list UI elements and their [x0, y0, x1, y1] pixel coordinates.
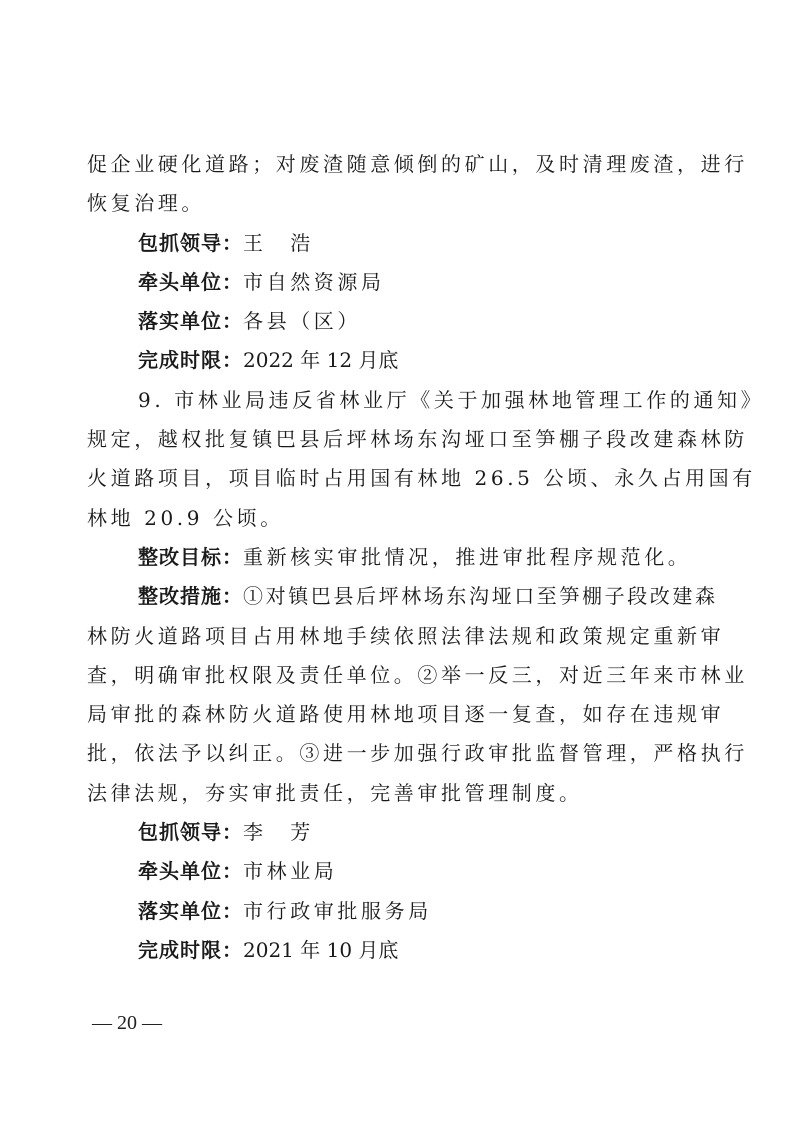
field-label: 完成时限： [138, 348, 243, 372]
field-lead-unit: 牵头单位：市林业局 [87, 852, 707, 891]
paragraph-line: 促企业硬化道路；对废渣随意倾倒的矿山，及时清理废渣，进行 [87, 145, 707, 184]
paragraph-line: 法律法规，夯实审批责任，完善审批管理制度。 [87, 774, 707, 813]
field-value: 2021 年 10 月底 [243, 938, 398, 962]
field-label: 包抓领导： [138, 820, 243, 844]
field-value: 李 芳 [243, 820, 314, 844]
field-label: 整改措施： [138, 584, 243, 608]
field-label: 包抓领导： [138, 231, 243, 255]
field-label: 牵头单位： [138, 859, 243, 883]
field-value: 市林业局 [243, 859, 337, 883]
field-lead-unit: 牵头单位：市自然资源局 [87, 263, 707, 302]
field-value: 王 浩 [243, 231, 314, 255]
paragraph-line: 林地 20.9 公顷。 [87, 499, 707, 538]
field-label: 整改目标： [138, 545, 243, 569]
field-deadline: 完成时限：2021 年 10 月底 [87, 931, 707, 970]
field-label: 牵头单位： [138, 270, 243, 294]
page-number: — 20 — [92, 1012, 162, 1035]
item-9-heading-line: 9. 市林业局违反省林业厅《关于加强林地管理工作的通知》 [87, 381, 707, 420]
field-label: 落实单位： [138, 899, 243, 923]
field-lead-leader: 包抓领导：李 芳 [87, 813, 707, 852]
field-value: 2022 年 12 月底 [243, 348, 398, 372]
field-value: 重新核实审批情况，推进审批程序规范化。 [243, 545, 691, 569]
field-implementing-unit: 落实单位：各县（区） [87, 302, 707, 341]
paragraph-line: 局审批的森林防火道路使用林地项目逐一复查，如存在违规审 [87, 695, 707, 734]
rectification-target: 整改目标：重新核实审批情况，推进审批程序规范化。 [87, 538, 707, 577]
paragraph-line: 恢复治理。 [87, 184, 707, 223]
document-page: 促企业硬化道路；对废渣随意倾倒的矿山，及时清理废渣，进行 恢复治理。 包抓领导：… [87, 145, 707, 970]
field-implementing-unit: 落实单位：市行政审批服务局 [87, 892, 707, 931]
field-value: 市行政审批服务局 [243, 899, 432, 923]
paragraph-line: 林防火道路项目占用林地手续依照法律法规和政策规定重新审 [87, 617, 707, 656]
field-value: ①对镇巴县后坪林场东沟垭口至笋棚子段改建森 [243, 584, 718, 608]
field-value: 各县（区） [243, 309, 361, 333]
field-deadline: 完成时限：2022 年 12 月底 [87, 341, 707, 380]
paragraph-line: 查，明确审批权限及责任单位。②举一反三，对近三年来市林业 [87, 656, 707, 695]
field-value: 市自然资源局 [243, 270, 385, 294]
field-label: 完成时限： [138, 938, 243, 962]
paragraph-line: 规定，越权批复镇巴县后坪林场东沟垭口至笋棚子段改建森林防 [87, 420, 707, 459]
field-label: 落实单位： [138, 309, 243, 333]
paragraph-line: 火道路项目，项目临时占用国有林地 26.5 公顷、永久占用国有 [87, 459, 707, 498]
paragraph-line: 批，依法予以纠正。③进一步加强行政审批监督管理，严格执行 [87, 734, 707, 773]
rectification-measures: 整改措施：①对镇巴县后坪林场东沟垭口至笋棚子段改建森 [87, 577, 707, 616]
field-lead-leader: 包抓领导：王 浩 [87, 224, 707, 263]
